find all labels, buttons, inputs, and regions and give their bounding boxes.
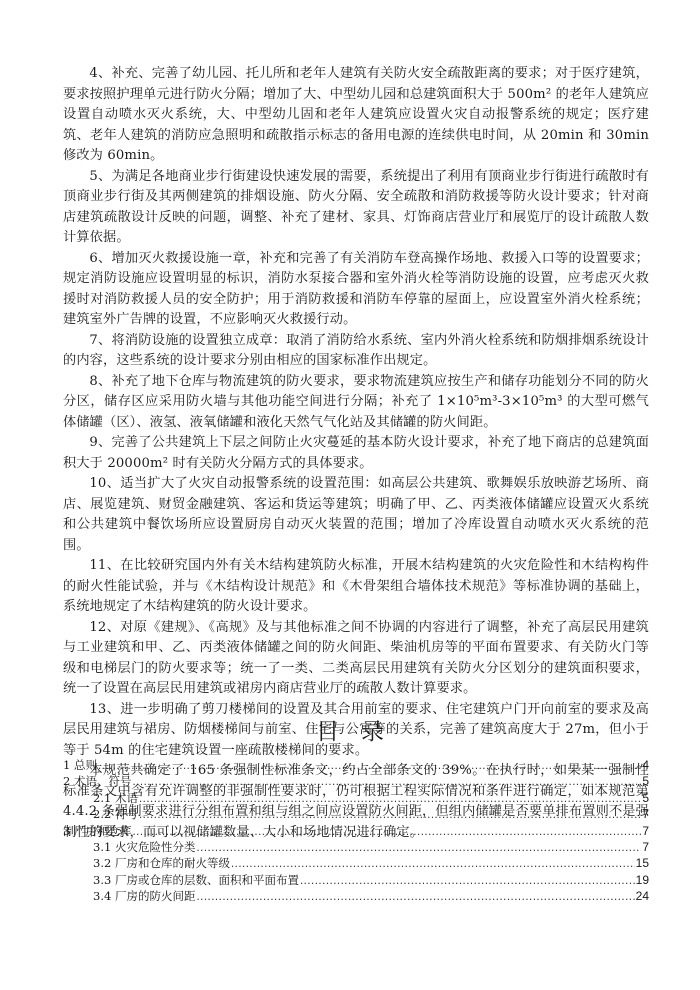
paragraph-item-11: 11、在比较研究国内外有关木结构建筑防火标准，开展木结构建筑的火灾危险性和木结构…: [63, 556, 649, 618]
toc-entry[interactable]: 2.1 术语 5: [63, 790, 649, 806]
toc-entry-label: 3.2 厂房和仓库的耐火等级: [93, 855, 230, 871]
paragraph-item-4: 4、补充、完善了幼儿园、托儿所和老年人建筑有关防火安全疏散距离的要求；对于医疗建…: [63, 64, 649, 167]
paragraph-item-7: 7、将消防设施的设置独立成章：取消了消防给水系统、室内外消火栓系统和防烟排烟系统…: [63, 331, 649, 372]
paragraph-item-10: 10、适当扩大了火灾自动报警系统的设置范围：如高层公共建筑、歌舞娱乐放映游艺场所…: [63, 474, 649, 556]
toc-entry[interactable]: 2 术语、符号 5: [63, 773, 649, 789]
toc-page-number: 19: [636, 872, 649, 888]
toc-entry[interactable]: 2.2 符号 7: [63, 806, 649, 822]
toc-entry-label: 3.1 火灾危险性分类: [93, 839, 195, 855]
paragraph-item-5: 5、为满足各地商业步行街建设快速发展的需要，系统提出了利用有顶商业步行街进行疏散…: [63, 167, 649, 249]
toc-entry[interactable]: 3.4 厂房的防火间距 24: [63, 888, 649, 904]
toc-dot-leader: [132, 774, 641, 789]
toc-page-number: 7: [642, 823, 649, 839]
toc-entry-label: 3.3 厂房或仓库的层数、面积和平面布置: [93, 872, 299, 888]
toc-title: 目录: [0, 718, 700, 746]
toc-dot-leader: [139, 807, 641, 822]
toc-entry-label: 3.4 厂房的防火间距: [93, 888, 195, 904]
paragraph-item-9: 9、完善了公共建筑上下层之间防止火灾蔓延的基本防火设计要求，补充了地下商店的总建…: [63, 433, 649, 474]
toc-entry-label: 1 总则: [63, 757, 97, 773]
toc-page-number: 24: [636, 888, 649, 904]
toc-page-number: 7: [642, 806, 649, 822]
paragraph-item-8: 8、补充了地下仓库与物流建筑的防火要求，要求物流建筑应按生产和储存功能划分不同的…: [63, 372, 649, 434]
toc-dot-leader: [132, 824, 641, 839]
toc-page-number: 15: [636, 855, 649, 871]
paragraph-item-12: 12、对原《建规》、《高规》及与其他标准之间不协调的内容进行了调整，补充了高层民…: [63, 618, 649, 700]
toc-entry-label: 3 厂房和仓库: [63, 823, 131, 839]
toc-page-number: 5: [642, 773, 649, 789]
table-of-contents: 1 总则 4 2 术语、符号 5 2.1 术语 5 2.2 符号 7 3 厂房和…: [63, 757, 649, 905]
toc-dot-leader: [231, 856, 635, 871]
toc-entry[interactable]: 1 总则 4: [63, 757, 649, 773]
paragraph-item-6: 6、增加灭火救援设施一章，补充和完善了有关消防车登高操作场地、救援入口等的设置要…: [63, 249, 649, 331]
toc-dot-leader: [139, 791, 641, 806]
toc-entry[interactable]: 3.2 厂房和仓库的耐火等级 15: [63, 855, 649, 871]
toc-page-number: 4: [642, 757, 649, 773]
toc-entry[interactable]: 3.3 厂房或仓库的层数、面积和平面布置 19: [63, 872, 649, 888]
toc-page-number: 5: [642, 790, 649, 806]
toc-dot-leader: [300, 873, 635, 888]
toc-entry-label: 2.2 符号: [93, 806, 138, 822]
toc-entry-label: 2 术语、符号: [63, 773, 131, 789]
toc-entry[interactable]: 3.1 火灾危险性分类 7: [63, 839, 649, 855]
toc-entry[interactable]: 3 厂房和仓库 7: [63, 823, 649, 839]
toc-entry-label: 2.1 术语: [93, 790, 138, 806]
toc-dot-leader: [98, 758, 641, 773]
toc-dot-leader: [196, 889, 634, 904]
toc-dot-leader: [196, 840, 641, 855]
toc-page-number: 7: [642, 839, 649, 855]
